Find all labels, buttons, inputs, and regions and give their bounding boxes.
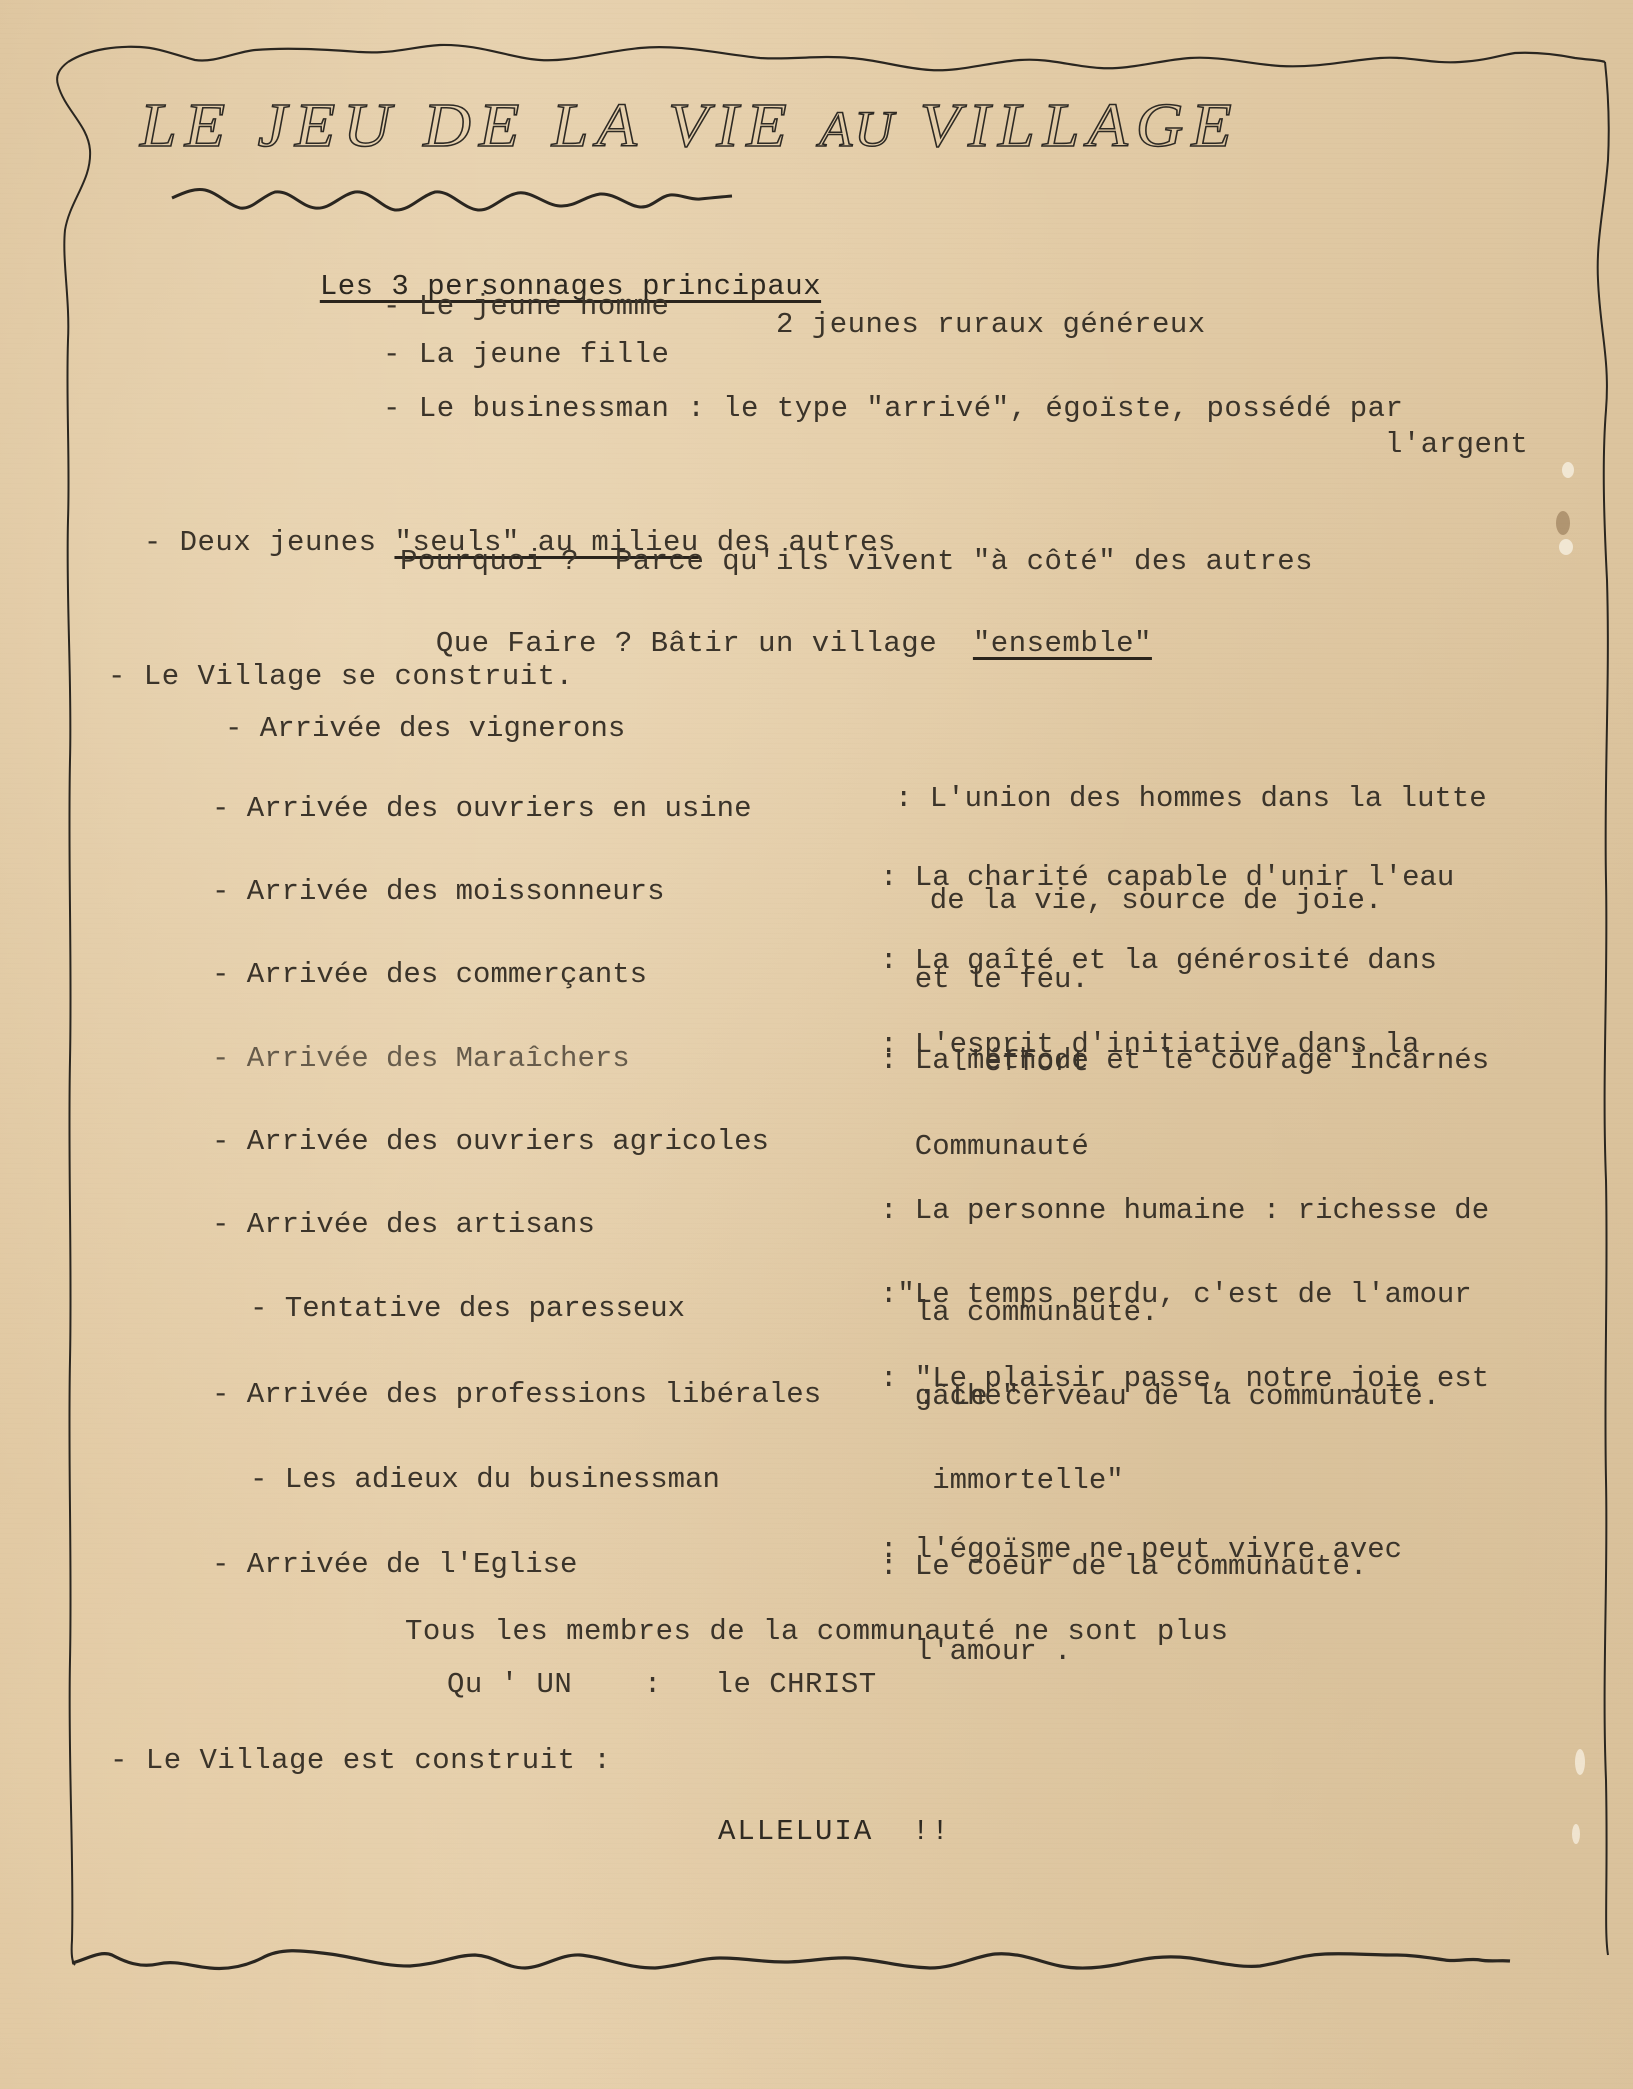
arrival-item-left: - Arrivée des Maraîchers (212, 1042, 630, 1076)
alleluia-exclamation: ALLELUIA !! (718, 1815, 951, 1849)
punch-hole (1562, 462, 1574, 478)
businessman-continuation: l'argent (1385, 428, 1528, 462)
title-part-2: AU (819, 100, 895, 157)
conclusion-line-1: Tous les membres de la communauté ne son… (405, 1615, 1229, 1649)
arrival-item-left: - Arrivée des ouvriers en usine (212, 792, 752, 826)
arrival-item-left: - Les adieux du businessman (250, 1463, 720, 1497)
arrival-item-left: - Arrivée des vignerons (225, 712, 625, 746)
title-part-1: LE JEU DE LA VIE (140, 91, 795, 160)
punch-hole (1572, 1824, 1580, 1844)
conclusion-line-2: Qu ' UN : le CHRIST (447, 1668, 877, 1702)
arrival-item-left: - Arrivée des professions libérales (212, 1378, 821, 1412)
village-built-heading: - Le Village est construit : (110, 1744, 611, 1778)
left-wavy-border (57, 62, 90, 1965)
character-item-young-man: - Le jeune homme (383, 290, 669, 324)
arrival-item-right: : l'égoïsme ne peut vivre avec l'amour . (880, 1465, 1402, 1703)
arrival-item-right: : Le cerveau de la communauté. (918, 1380, 1440, 1414)
arrival-item-right: : La méthode et le courage incarnés (880, 1044, 1489, 1078)
arrival-item-left: - Arrivée des ouvriers agricoles (212, 1125, 769, 1159)
title-part-3: VILLAGE (920, 91, 1240, 160)
punch-hole (1559, 539, 1573, 555)
arrival-item-left: - Arrivée des artisans (212, 1208, 595, 1242)
page-title: LE JEU DE LA VIE AU VILLAGE (140, 90, 1610, 162)
arrival-item-left: - Tentative des paresseux (250, 1292, 685, 1326)
why-line: Pourquoi ? Parce qu'ils vivent "à côté" … (400, 545, 1313, 579)
arrival-item-left: - Arrivée des commerçants (212, 958, 647, 992)
title-wavy-underline (172, 189, 732, 210)
character-item-young-woman: - La jeune fille (383, 338, 669, 372)
stain (1556, 511, 1570, 535)
punch-hole (1575, 1749, 1585, 1775)
characters-group-note: 2 jeunes ruraux généreux (776, 308, 1206, 342)
arrival-item-left: - Arrivée de l'Eglise (212, 1548, 577, 1582)
what-to-do-line: Que Faire ? Bâtir un village "ensemble" (400, 593, 1152, 661)
top-wavy-border (68, 45, 1605, 70)
village-builds-heading: - Le Village se construit. (108, 660, 573, 694)
right-wavy-border (1598, 62, 1609, 1955)
bottom-wavy-border (72, 1951, 1510, 1969)
character-item-businessman: - Le businessman : le type "arrivé", égo… (383, 392, 1403, 426)
arrival-item-right: : Le coeur de la communauté. (880, 1550, 1367, 1584)
arrival-item-left: - Arrivée des moissonneurs (212, 875, 664, 909)
